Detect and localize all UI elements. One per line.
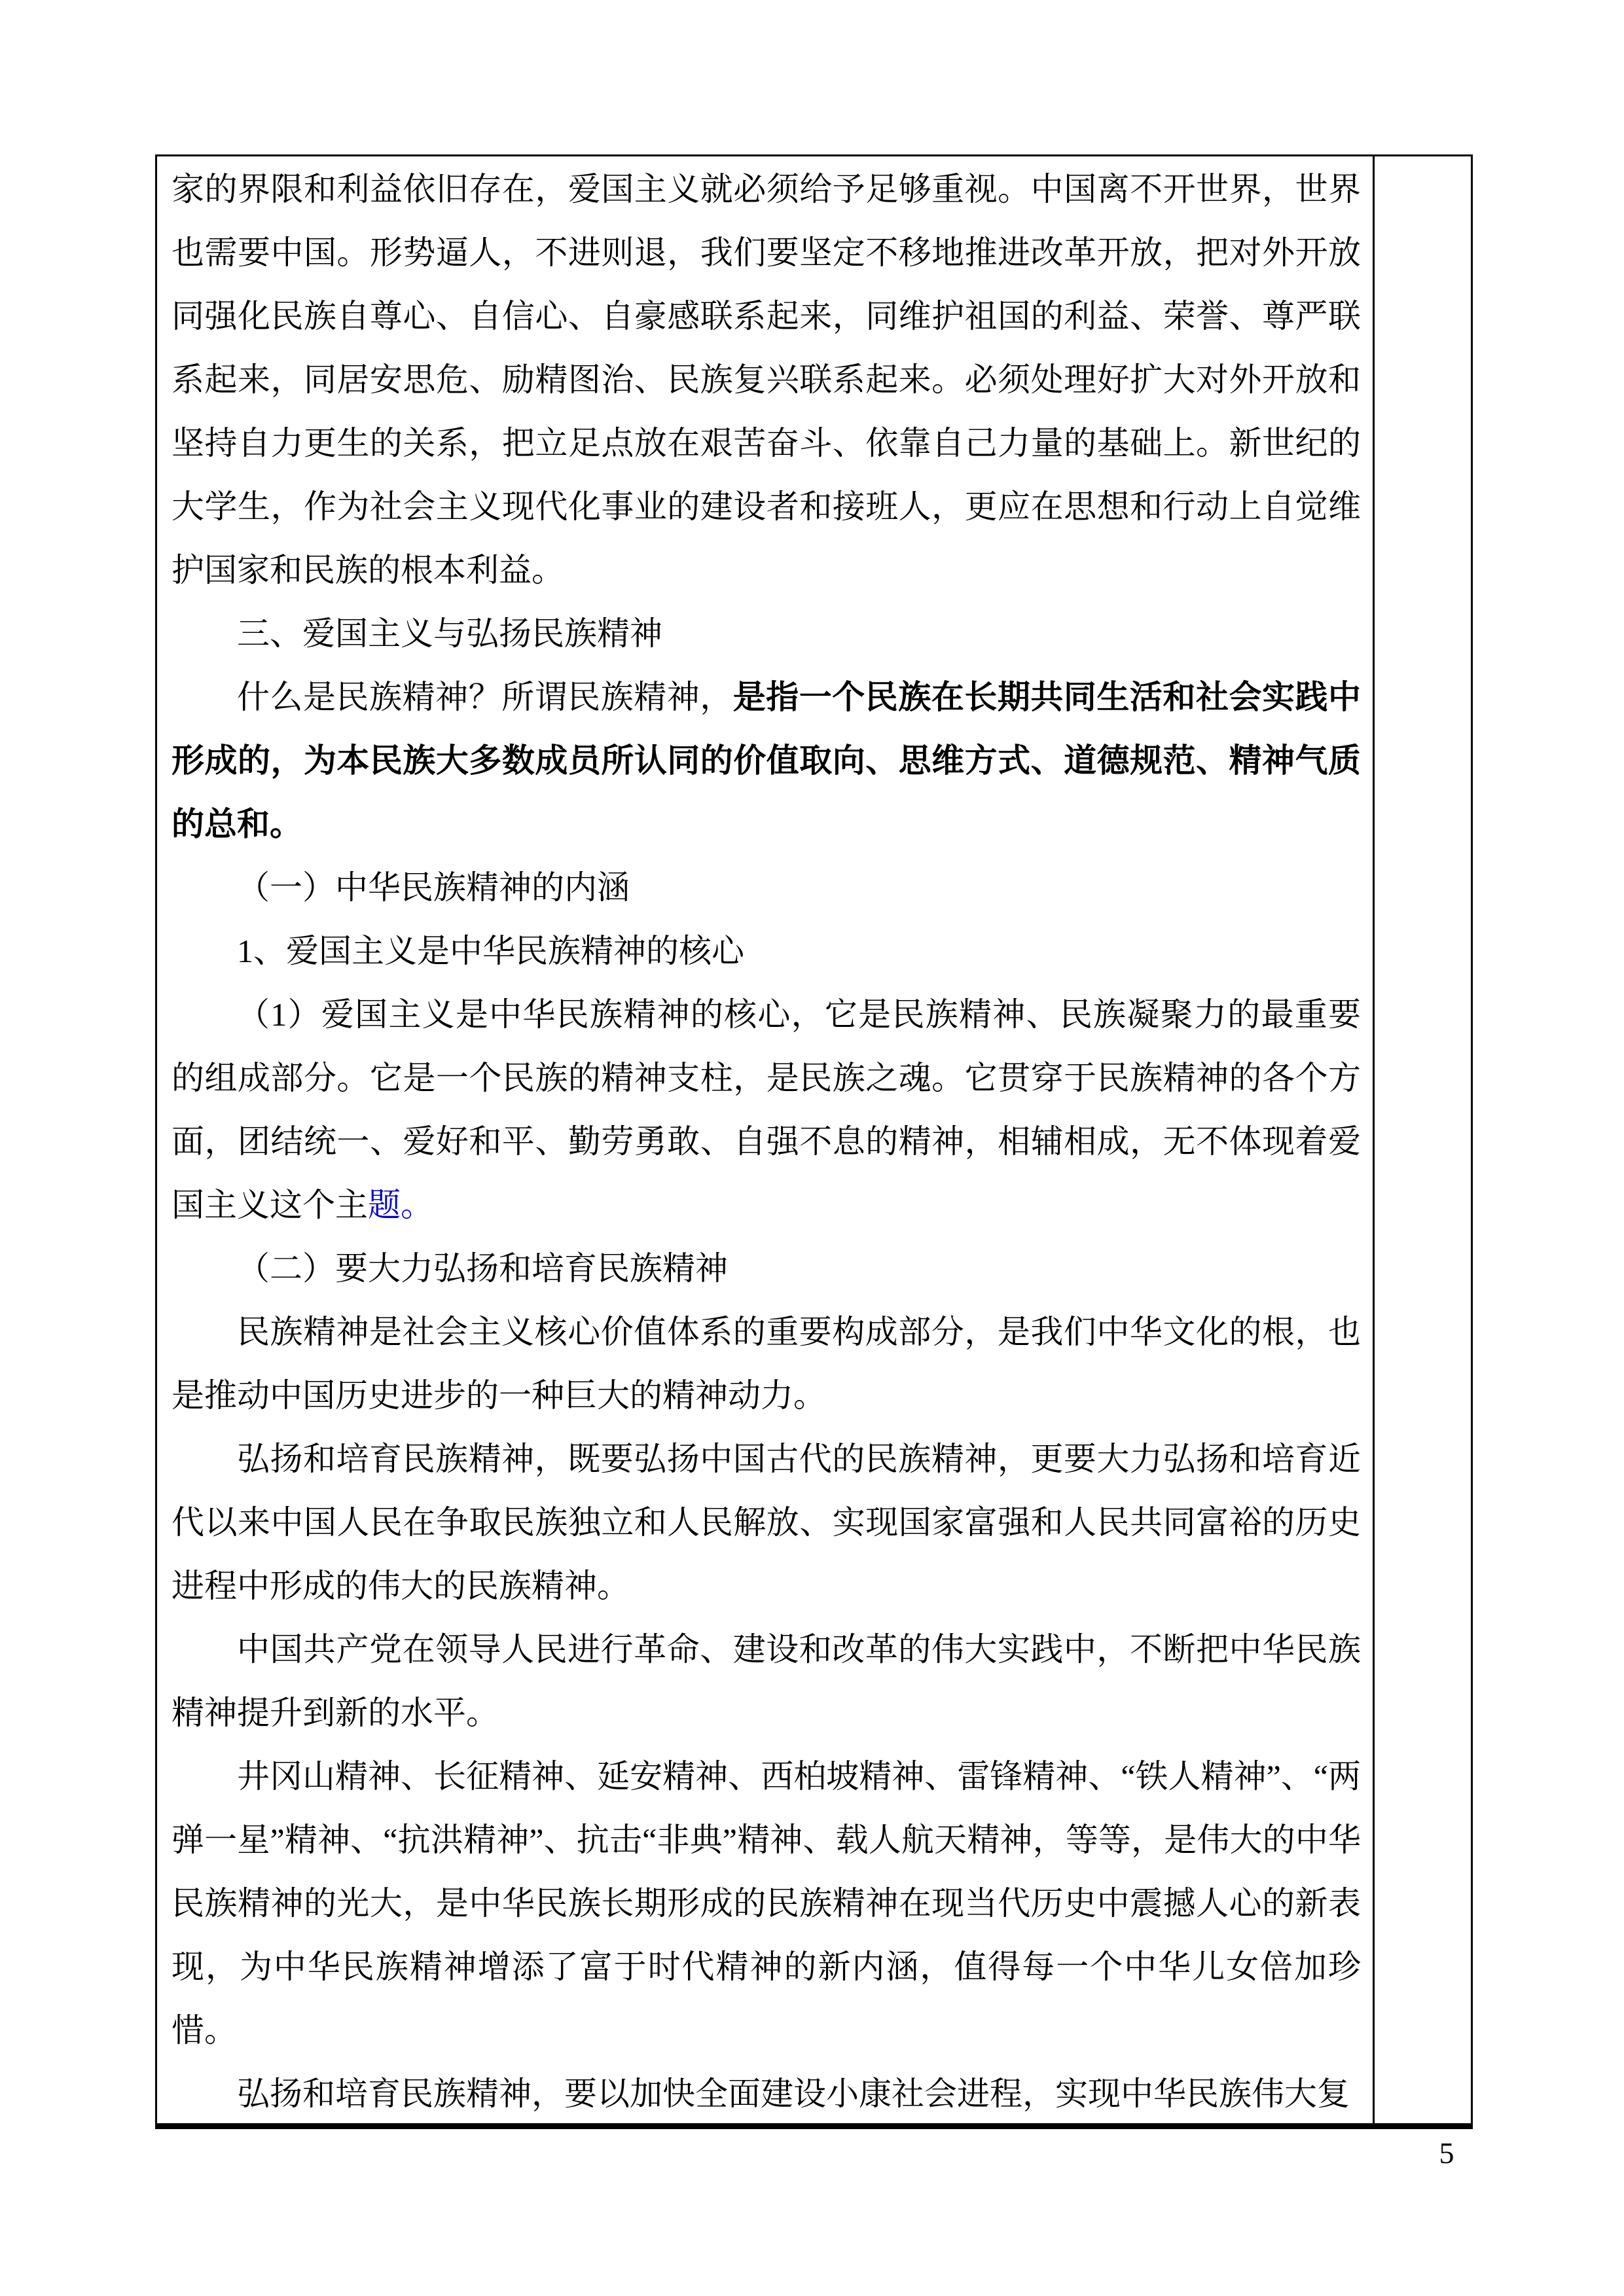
text-run: 中国共产党在领导人民进行革命、建设和改革的伟大实践中，不断把中华民族精神提升到新… xyxy=(171,1631,1361,1731)
paragraph: 井冈山精神、长征精神、延安精神、西柏坡精神、雷锋精神、“铁人精神”、“两弹一星”… xyxy=(171,1745,1361,2062)
paragraph: 民族精神是社会主义核心价值体系的重要构成部分，是我们中华文化的根，也是推动中国历… xyxy=(171,1300,1361,1427)
paragraph: 中国共产党在领导人民进行革命、建设和改革的伟大实践中，不断把中华民族精神提升到新… xyxy=(171,1618,1361,1745)
paragraph: （二）要大力弘扬和培育民族精神 xyxy=(171,1237,1361,1300)
paragraph: 三、爱国主义与弘扬民族精神 xyxy=(171,602,1361,666)
text-run: 三、爱国主义与弘扬民族精神 xyxy=(237,615,662,652)
text-run: 井冈山精神、长征精神、延安精神、西柏坡精神、雷锋精神、“铁人精神”、“两弹一星”… xyxy=(171,1758,1361,2049)
text-run: （1）爱国主义是中华民族精神的核心，它是民族精神、民族凝聚力的最重要的组成部分。… xyxy=(171,996,1361,1223)
page-number: 5 xyxy=(1407,2134,1486,2173)
text-run: 1、爱国主义是中华民族精神的核心 xyxy=(237,933,744,969)
text-run: 弘扬和培育民族精神，要以加快全面建设小康社会进程，实现中华民族伟大复 xyxy=(237,2075,1350,2112)
paragraph: 家的界限和利益依旧存在，爱国主义就必须给予足够重视。中国离不开世界，世界也需要中… xyxy=(171,158,1361,602)
text-run: （二）要大力弘扬和培育民族精神 xyxy=(237,1250,728,1287)
paragraph: （一）中华民族精神的内涵 xyxy=(171,856,1361,920)
text-run: 家的界限和利益依旧存在，爱国主义就必须给予足够重视。中国离不开世界，世界也需要中… xyxy=(171,171,1361,588)
text-cell: 家的界限和利益依旧存在，爱国主义就必须给予足够重视。中国离不开世界，世界也需要中… xyxy=(157,156,1375,2123)
text-run: （一）中华民族精神的内涵 xyxy=(237,869,630,906)
margin-cell xyxy=(1375,156,1471,2123)
text-run: 弘扬和培育民族精神，既要弘扬中国古代的民族精神，更要大力弘扬和培育近代以来中国人… xyxy=(171,1441,1361,1604)
link-text-run: 题。 xyxy=(368,1187,433,1223)
document-page: 家的界限和利益依旧存在，爱国主义就必须给予足够重视。中国离不开世界，世界也需要中… xyxy=(0,0,1624,2296)
paragraph: 弘扬和培育民族精神，要以加快全面建设小康社会进程，实现中华民族伟大复 xyxy=(171,2062,1361,2123)
document-body: 家的界限和利益依旧存在，爱国主义就必须给予足够重视。中国离不开世界，世界也需要中… xyxy=(171,158,1361,2123)
content-table: 家的界限和利益依旧存在，爱国主义就必须给予足够重视。中国离不开世界，世界也需要中… xyxy=(155,154,1473,2129)
paragraph: 什么是民族精神？所谓民族精神，是指一个民族在长期共同生活和社会实践中形成的，为本… xyxy=(171,666,1361,856)
text-run: 民族精神是社会主义核心价值体系的重要构成部分，是我们中华文化的根，也是推动中国历… xyxy=(171,1314,1361,1414)
text-run: 什么是民族精神？所谓民族精神， xyxy=(237,679,733,715)
paragraph: （1）爱国主义是中华民族精神的核心，它是民族精神、民族凝聚力的最重要的组成部分。… xyxy=(171,983,1361,1237)
paragraph: 弘扬和培育民族精神，既要弘扬中国古代的民族精神，更要大力弘扬和培育近代以来中国人… xyxy=(171,1427,1361,1618)
paragraph: 1、爱国主义是中华民族精神的核心 xyxy=(171,920,1361,983)
